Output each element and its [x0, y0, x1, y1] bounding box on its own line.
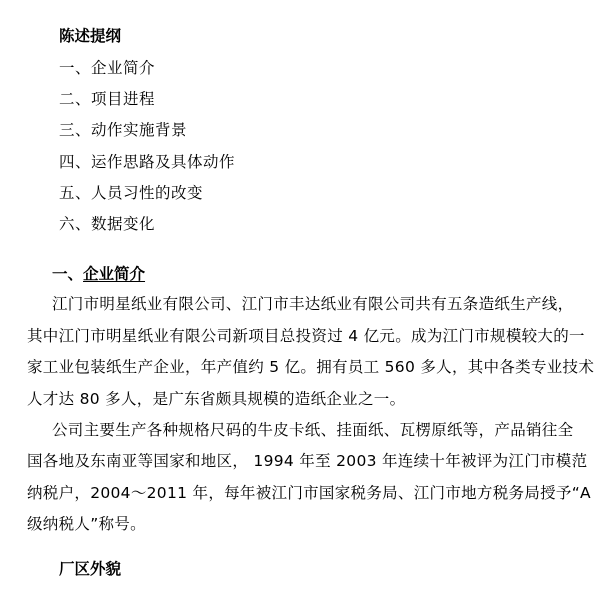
- paragraph-2-line-4: 级纳税人”称号。: [27, 514, 597, 534]
- section-heading-company-intro: 一、企业简介: [52, 264, 145, 284]
- outline-item-1: 一、企业简介: [59, 58, 155, 78]
- outline-item-6: 六、数据变化: [59, 214, 155, 234]
- outline-item-3: 三、动作实施背景: [59, 120, 187, 140]
- section-heading-factory-appearance: 厂区外貌: [59, 559, 121, 579]
- outline-title: 陈述提纲: [59, 26, 121, 46]
- outline-item-5: 五、人员习性的改变: [59, 183, 203, 203]
- section-number: 一、: [52, 265, 83, 283]
- paragraph-2-line-1: 公司主要生产各种规格尺码的牛皮卡纸、挂面纸、瓦楞原纸等，产品销往全: [52, 420, 607, 440]
- outline-item-4: 四、运作思路及具体动作: [59, 152, 235, 172]
- paragraph-2-line-2: 国各地及东南亚等国家和地区， 1994 年至 2003 年连续十年被评为江门市模…: [27, 451, 597, 471]
- outline-item-2: 二、项目进程: [59, 89, 155, 109]
- paragraph-1-line-2: 其中江门市明星纸业有限公司新项目总投资过 4 亿元。成为江门市规模较大的一: [27, 326, 597, 346]
- paragraph-1-line-3: 家工业包装纸生产企业，年产值约 5 亿。拥有员工 560 多人，其中各类专业技术: [27, 357, 597, 377]
- paragraph-2-line-3: 纳税户，2004～2011 年，每年被江门市国家税务局、江门市地方税务局授予“A: [27, 483, 597, 503]
- paragraph-1-line-1: 江门市明星纸业有限公司、江门市丰达纸业有限公司共有五条造纸生产线，: [52, 294, 607, 314]
- section-title: 企业简介: [83, 265, 145, 283]
- paragraph-1-line-4: 人才达 80 多人，是广东省颇具规模的造纸企业之一。: [27, 389, 597, 409]
